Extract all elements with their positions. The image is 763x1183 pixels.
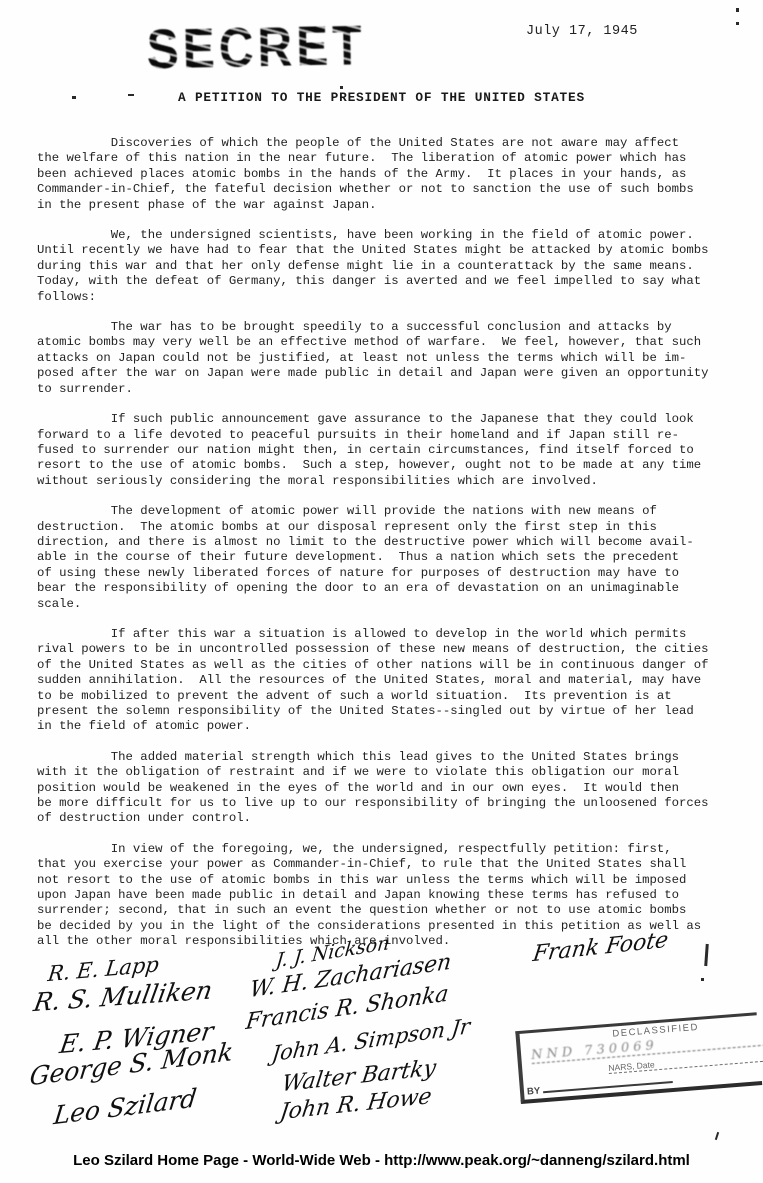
declassified-by-label: BY (527, 1085, 541, 1097)
scan-artifact-speck (128, 94, 134, 96)
paragraph-2: We, the undersigned scientists, have bee… (37, 228, 749, 305)
scan-artifact-speck (715, 1132, 719, 1140)
document-date: July 17, 1945 (526, 24, 638, 39)
scanned-petition-page: SECRET July 17, 1945 A PETITION TO THE P… (0, 0, 763, 1183)
declassified-stamp: DECLASSIFIED NND 730069 NARS, Date BY (515, 1012, 762, 1104)
paragraph-1: Discoveries of which the people of the U… (37, 136, 749, 213)
scan-artifact-speck (701, 978, 704, 981)
secret-classification-stamp: SECRET (146, 9, 382, 89)
scan-artifact-speck (340, 86, 343, 89)
document-title: A PETITION TO THE PRESIDENT OF THE UNITE… (0, 90, 763, 105)
declassified-by-blank-line (542, 1073, 672, 1093)
page-caption-source-url: Leo Szilard Home Page - World-Wide Web -… (0, 1152, 763, 1169)
scan-artifact-speck (736, 8, 739, 12)
paragraph-7: The added material strength which this l… (37, 750, 749, 827)
scan-artifact-speck (736, 22, 739, 25)
scan-artifact-speck (72, 96, 76, 99)
signature-szilard: Leo Szilard (52, 1083, 198, 1130)
paragraph-5: The development of atomic power will pro… (37, 504, 749, 612)
paragraph-4: If such public announcement gave assuran… (37, 412, 749, 489)
document-body: Discoveries of which the people of the U… (37, 136, 749, 965)
paragraph-3: The war has to be brought speedily to a … (37, 320, 749, 397)
paragraph-6: If after this war a situation is allowed… (37, 627, 749, 735)
